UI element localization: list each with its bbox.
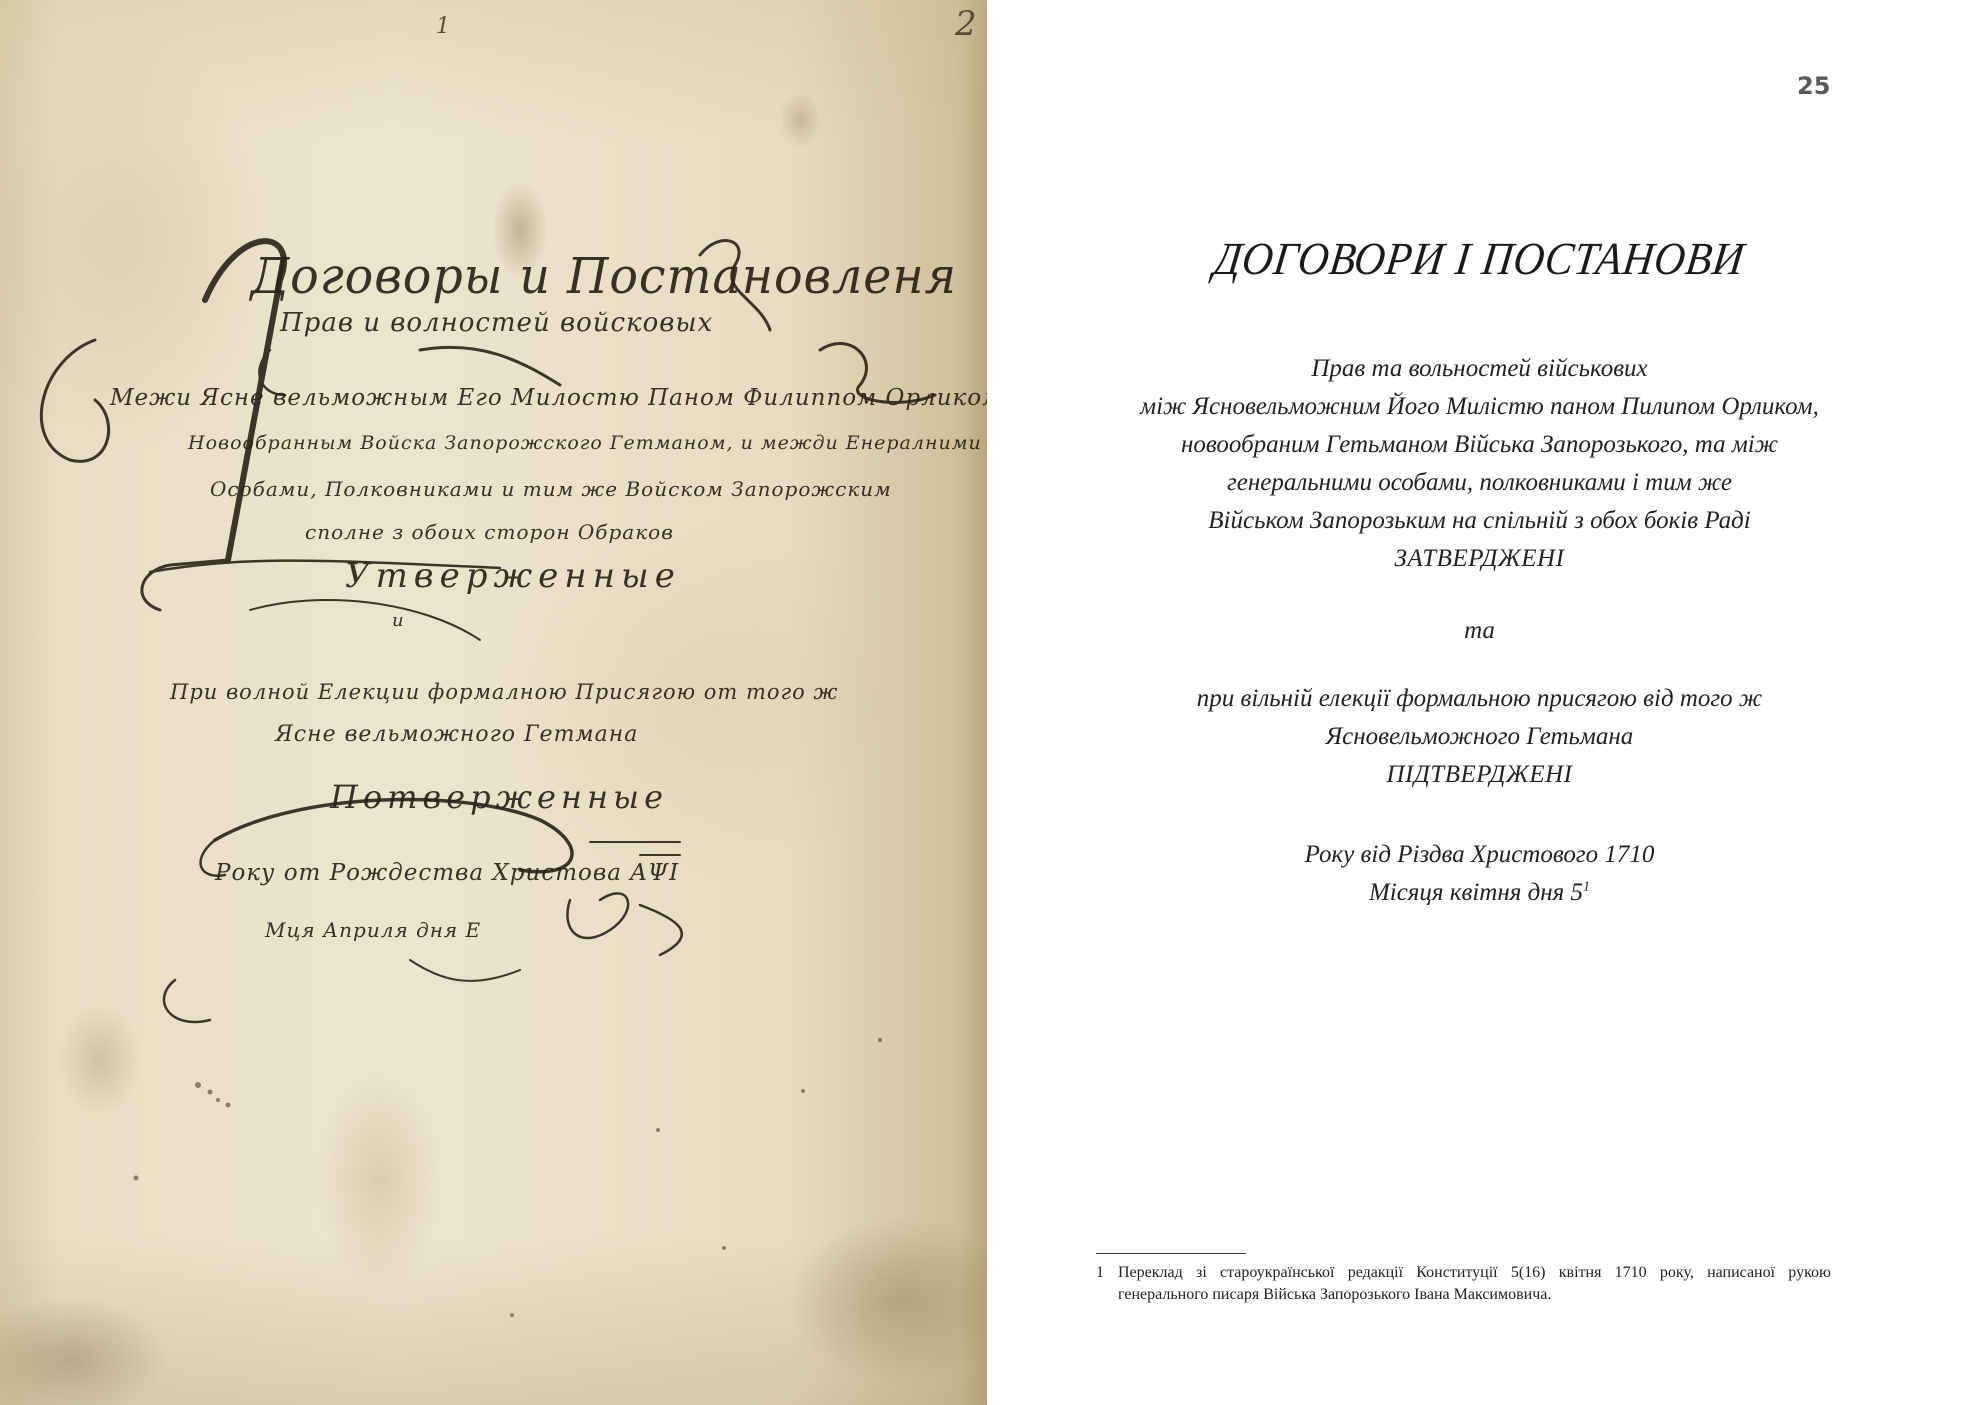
folio-mark-right: 2 bbox=[955, 4, 977, 44]
translation-page: 25 ДОГОВОРИ І ПОСТАНОВИ Прав та вольност… bbox=[987, 0, 1972, 1405]
footnote: 1 Переклад зі староукраїнської редакції … bbox=[1096, 1262, 1831, 1306]
footnote-number: 1 bbox=[1096, 1262, 1118, 1306]
footnote-reference[interactable]: 1 bbox=[1583, 880, 1590, 895]
date-day-text: Місяця квітня дня 5 bbox=[1369, 879, 1583, 906]
date-day-line: Місяця квітня дня 51 bbox=[987, 874, 1972, 912]
manuscript-line: Межи Ясне вельможным Его Милостю Паном Ф… bbox=[110, 385, 1002, 411]
manuscript-line: Утверженные bbox=[345, 556, 681, 596]
oath-block: при вільній елекції формальною присягою … bbox=[987, 680, 1972, 794]
oath-line: Ясновельможного Гетьмана bbox=[987, 718, 1972, 756]
emphasis-confirmed: ЗАТВЕРДЖЕНІ bbox=[987, 540, 1972, 578]
manuscript-line: Потверженные bbox=[330, 778, 668, 816]
manuscript-line: Прав и волностей войсковых bbox=[280, 308, 713, 338]
preamble-line: генеральними особами, полковниками і тим… bbox=[987, 464, 1972, 502]
manuscript-title-line: Договоры и Постановленя bbox=[251, 247, 957, 305]
manuscript-line: Року от Рождества Христова ΑΨΙ bbox=[215, 860, 679, 886]
folio-mark-left: 1 bbox=[436, 14, 450, 39]
page-title: ДОГОВОРИ І ПОСТАНОВИ bbox=[1023, 232, 1936, 285]
preamble-line: Прав та вольностей військових bbox=[987, 350, 1972, 388]
manuscript-line: Новообранным Войска Запорожского Гетмано… bbox=[188, 432, 982, 454]
manuscript-line: При волной Елекции формалною Присягою от… bbox=[170, 680, 838, 704]
oath-line: при вільній елекції формальною присягою … bbox=[987, 680, 1972, 718]
manuscript-line: сполне з обоих сторон Обраков bbox=[305, 520, 674, 544]
date-year-line: Року від Різдва Христового 1710 bbox=[987, 836, 1972, 874]
manuscript-facsimile: 1 2 Договоры и Постановленя Прав и волно… bbox=[0, 0, 987, 1405]
page-number: 25 bbox=[1797, 72, 1830, 100]
manuscript-line: Особами, Полковниками и тим же Войском З… bbox=[210, 477, 892, 501]
preamble-line: Військом Запорозьким на спільній з обох … bbox=[987, 502, 1972, 540]
manuscript-line: и bbox=[392, 610, 405, 631]
preamble-line: між Ясновельможним Його Милістю паном Пи… bbox=[987, 388, 1972, 426]
conjunction-text: та bbox=[987, 612, 1972, 650]
preamble-line: новообраним Гетьманом Війська Запорозько… bbox=[987, 426, 1972, 464]
date-block: Року від Різдва Христового 1710 Місяця к… bbox=[987, 836, 1972, 912]
manuscript-line: Мця Априля дня Е bbox=[265, 918, 481, 942]
emphasis-reconfirmed: ПІДТВЕРДЖЕНІ bbox=[987, 756, 1972, 794]
footnote-text: Переклад зі староукраїнської редакції Ко… bbox=[1118, 1262, 1831, 1306]
footnote-divider bbox=[1096, 1253, 1246, 1254]
preamble-block: Прав та вольностей військових між Яснове… bbox=[987, 350, 1972, 578]
manuscript-line: Ясне вельможного Гетмана bbox=[275, 722, 638, 747]
conjunction: та bbox=[987, 612, 1972, 650]
